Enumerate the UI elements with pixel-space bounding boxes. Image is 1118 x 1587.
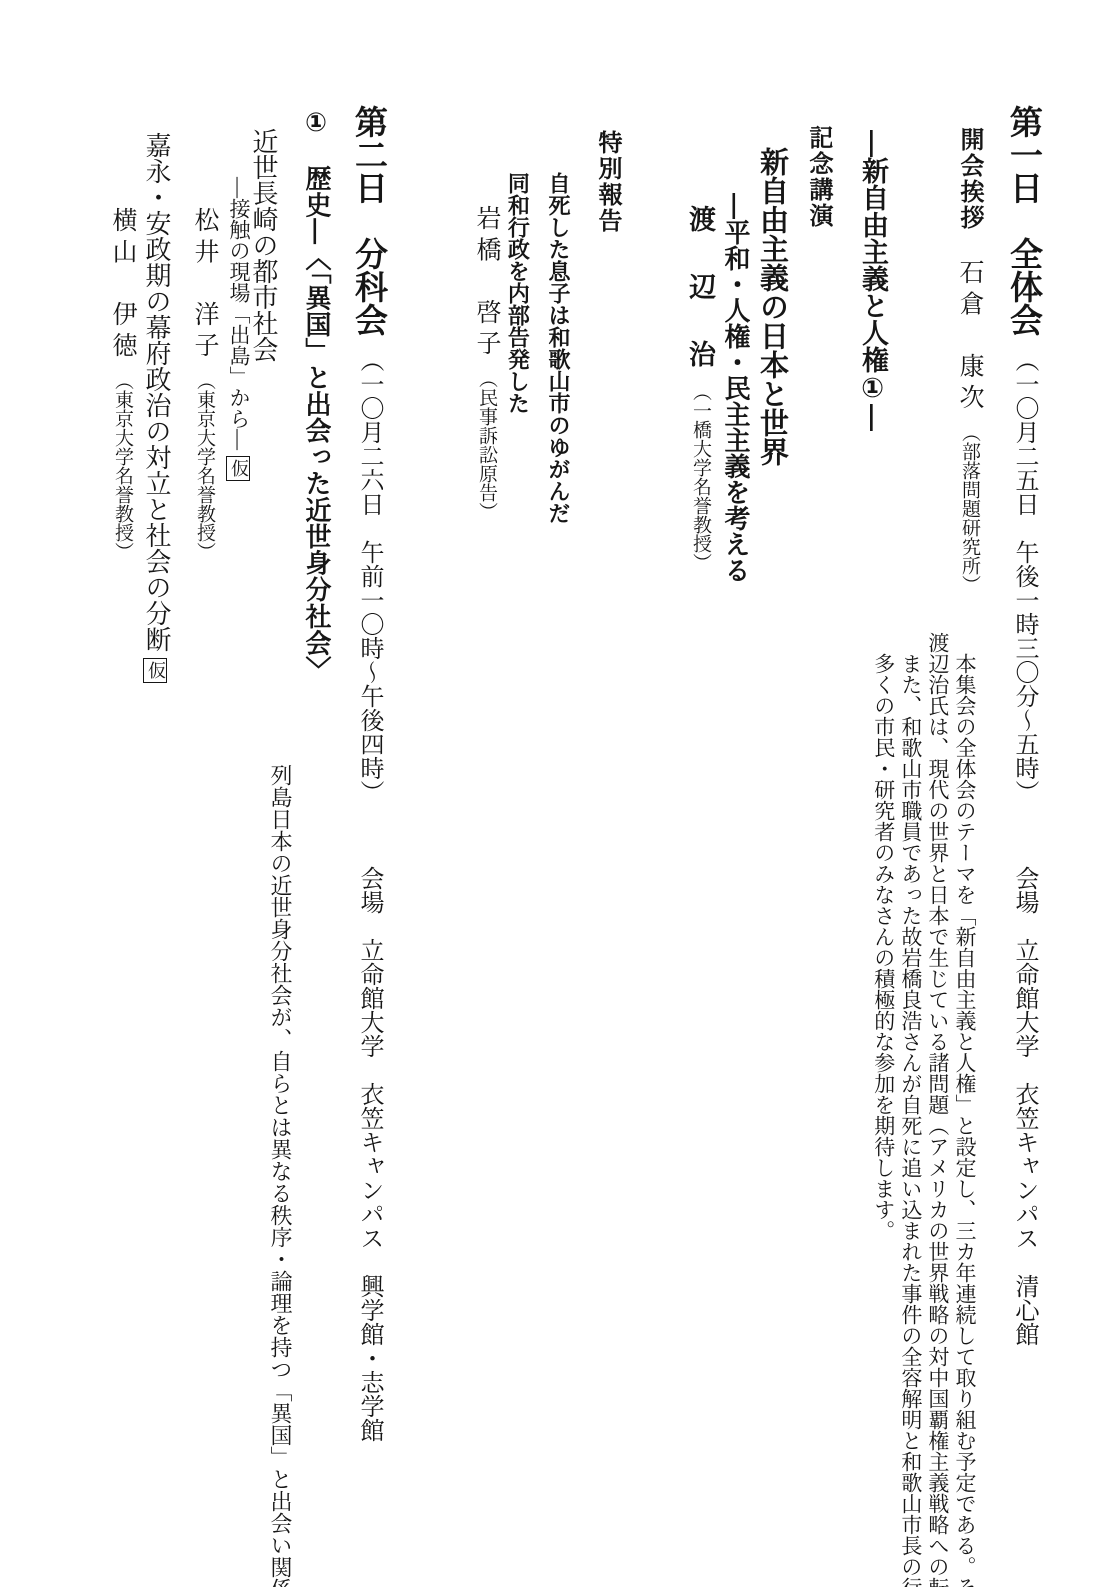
lecture2-speaker-name: 横山 伊徳	[109, 207, 136, 363]
lecture1-subtitle-text: ―接触の現場「出島」から―	[227, 177, 251, 450]
lecture1-speaker: 松井 洋子（東京大学名誉教授）	[188, 207, 221, 561]
day1-description-paragraph: また、和歌山市職員であった故岩橋良浩さんが自死に追い込まれた事件の全容解明と和歌…	[897, 632, 924, 1342]
keynote-speaker-affiliation: （一橋大学名誉教授）	[690, 382, 711, 572]
special-report-title-line2: 同和行政を内部告発した	[497, 172, 538, 524]
lecture1-speaker-affiliation: （東京大学名誉教授）	[194, 371, 215, 561]
keynote-label: 記念講演	[802, 125, 833, 229]
keynote-subtitle: ―平和・人権・民主主義を考える	[718, 193, 752, 583]
opening-greeting: 開会挨拶石倉 康次（部落問題研究所）	[953, 127, 986, 594]
lecture1-speaker-name: 松井 洋子	[191, 207, 218, 363]
lecture2-tentative-note: 仮	[143, 658, 167, 683]
day1-venue: 会場 立命館大学 衣笠キャンパス 清心館	[1011, 866, 1037, 1346]
keynote-speaker: 渡 辺 治（一橋大学名誉教授）	[682, 205, 717, 572]
day1-description-paragraph: 渡辺治氏は、現代の世界と日本で生じている諸問題（アメリカの世界戦略の対中国覇権主…	[924, 632, 951, 1342]
lecture1-tentative-note: 仮	[226, 456, 250, 481]
day1-theme-title: ―新自由主義と人権①―	[855, 130, 890, 431]
day2-header: 第二日 分科会（一〇月二六日 午前一〇時～午後四時）会場 立命館大学 衣笠キャン…	[347, 105, 390, 1442]
special-report-speaker-affiliation: （民事訴訟原告）	[476, 369, 497, 521]
special-report-speaker: 岩橋 啓子（民事訴訟原告）	[470, 205, 503, 521]
section1-title: ① 歴史―〈「異国」と出会った近世身分社会〉	[299, 108, 333, 682]
opening-speaker-affiliation: （部落問題研究所）	[959, 423, 980, 594]
special-report-speaker-name: 岩橋 啓子	[473, 205, 500, 361]
special-report-title-line1: 自死した息子は和歌山市のゆがんだ	[537, 172, 578, 524]
day1-title: 第一日 全体会	[1006, 105, 1043, 336]
lecture2-speaker: 横山 伊徳（東京大学名誉教授）	[106, 207, 139, 561]
day1-description-paragraph: 多くの市民・研究者のみなさんの積極的な参加を期待します。	[870, 632, 897, 1342]
keynote-speaker-name: 渡 辺 治	[685, 205, 715, 374]
lecture2-title: 嘉永・安政期の幕府政治の対立と社会の分断仮	[139, 132, 173, 683]
day2-datetime: （一〇月二六日 午前一〇時～午後四時）	[356, 348, 382, 804]
lecture1-subtitle: ―接触の現場「出島」から―仮	[225, 177, 252, 481]
day1-description: 本集会の全体会のテーマを「新自由主義と人権」と設定し、三カ年連続して取り組む予定…	[450, 632, 978, 1342]
section1-description: 列島日本の近世身分社会が、自らとは異なる秩序・論理を持つ「異国」と出会い関係を築…	[85, 742, 297, 1537]
section1-description-paragraph: 列島日本の近世身分社会が、自らとは異なる秩序・論理を持つ「異国」と出会い関係を築…	[264, 742, 297, 1537]
day1-datetime: （一〇月二五日 午後一時三〇分～五時）	[1011, 348, 1037, 804]
day2-venue: 会場 立命館大学 衣笠キャンパス 興学館・志学館	[356, 866, 382, 1442]
special-report-title: 自死した息子は和歌山市のゆがんだ 同和行政を内部告発した	[497, 172, 578, 524]
lecture2-title-text: 嘉永・安政期の幕府政治の対立と社会の分断	[142, 132, 171, 652]
lecture2-speaker-affiliation: （東京大学名誉教授）	[112, 371, 133, 561]
day1-header: 第一日 全体会（一〇月二五日 午後一時三〇分～五時）会場 立命館大学 衣笠キャン…	[1002, 105, 1045, 1346]
opening-speaker-name: 石倉 康次	[956, 259, 983, 415]
special-report-label: 特別報告	[591, 130, 622, 234]
keynote-title: 新自由主義の日本と世界	[752, 147, 790, 466]
day2-title: 第二日 分科会	[351, 105, 388, 336]
day1-description-paragraph: 本集会の全体会のテーマを「新自由主義と人権」と設定し、三カ年連続して取り組む予定…	[951, 632, 978, 1342]
opening-greeting-label: 開会挨拶	[956, 127, 982, 231]
conference-program-page: 第一日 全体会（一〇月二五日 午後一時三〇分～五時）会場 立命館大学 衣笠キャン…	[0, 0, 1118, 1587]
